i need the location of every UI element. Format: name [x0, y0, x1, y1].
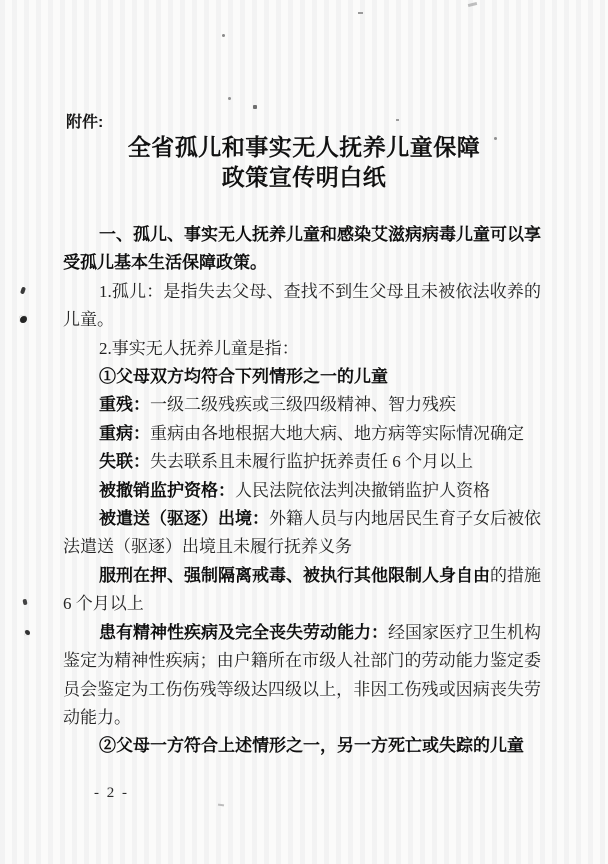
paragraph-text: 人民法院依法判决撤销监护人资格 — [235, 481, 490, 500]
scan-speckle — [358, 12, 363, 14]
paragraph-policy-intro: 一、孤儿、事实无人抚养儿童和感染艾滋病病毒儿童可以享受孤儿基本生活保障政策。 — [63, 221, 541, 278]
scan-speckle — [218, 804, 224, 807]
paragraph-lead: 重残： — [99, 395, 150, 414]
scan-speckle — [396, 119, 399, 121]
paragraph-lead: 失联： — [99, 452, 150, 471]
paragraph-text: 1.孤儿：是指失去父母、查找不到生父母且未被依法收养的儿童。 — [63, 282, 541, 329]
scan-speckle — [24, 630, 30, 636]
paragraph-lead: 被撤销监护资格： — [99, 481, 235, 500]
paragraph-lead: 服刑在押、强制隔离戒毒、被执行其他限制人身自由 — [99, 566, 490, 585]
title-line-2: 政策宣传明白纸 — [0, 163, 608, 193]
paragraph-imprisoned: 服刑在押、强制隔离戒毒、被执行其他限制人身自由的措施 6 个月以上 — [63, 562, 541, 619]
paragraph-guardianship-revoked: 被撤销监护资格：人民法院依法判决撤销监护人资格 — [63, 477, 541, 505]
paragraph-mental-illness: 患有精神性疾病及完全丧失劳动能力：经国家医疗卫生机构鉴定为精神性疾病；由户籍所在… — [63, 619, 541, 733]
paragraph-text: 失去联系且未履行监护抚养责任 6 个月以上 — [150, 452, 473, 471]
paragraph-lead: 一、孤儿、事实无人抚养儿童和感染艾滋病病毒儿童可以享受孤儿基本生活保障政策。 — [63, 225, 541, 272]
scanned-document-page: 附件: 全省孤儿和事实无人抚养儿童保障 政策宣传明白纸 一、孤儿、事实无人抚养儿… — [0, 0, 608, 864]
title-line-1: 全省孤儿和事实无人抚养儿童保障 — [0, 133, 608, 163]
page-number: - 2 - — [94, 785, 129, 802]
scan-speckle — [468, 2, 477, 7]
paragraph-text: 2.事实无人抚养儿童是指： — [99, 339, 299, 358]
paragraph-deported: 被遣送（驱逐）出境：外籍人员与内地居民生育子女后被依法遣送（驱逐）出境且未履行抚… — [63, 505, 541, 562]
scan-speckle — [20, 287, 26, 295]
document-body: 一、孤儿、事实无人抚养儿童和感染艾滋病病毒儿童可以享受孤儿基本生活保障政策。 1… — [63, 221, 541, 761]
scan-speckle — [22, 599, 27, 606]
paragraph-lead: 被遣送（驱逐）出境： — [99, 509, 269, 528]
paragraph-case-both-parents: ①父母双方均符合下列情形之一的儿童 — [63, 363, 541, 391]
paragraph-case-one-parent: ②父母一方符合上述情形之一，另一方死亡或失踪的儿童 — [63, 732, 541, 760]
paragraph-severe-disability: 重残：一级二级残疾或三级四级精神、智力残疾 — [63, 391, 541, 419]
paragraph-text: 重病由各地根据大地大病、地方病等实际情况确定 — [150, 424, 524, 443]
attachment-label: 附件: — [66, 109, 103, 132]
scan-speckle — [222, 34, 225, 37]
paragraph-text: 一级二级残疾或三级四级精神、智力残疾 — [150, 395, 456, 414]
scan-speckle — [19, 315, 27, 323]
paragraph-severe-illness: 重病：重病由各地根据大地大病、地方病等实际情况确定 — [63, 420, 541, 448]
paragraph-lead: 患有精神性疾病及完全丧失劳动能力： — [99, 623, 388, 642]
document-title: 全省孤儿和事实无人抚养儿童保障 政策宣传明白纸 — [0, 133, 608, 193]
paragraph-lead: 重病： — [99, 424, 150, 443]
paragraph-lost-contact: 失联：失去联系且未履行监护抚养责任 6 个月以上 — [63, 448, 541, 476]
scan-speckle — [228, 97, 231, 100]
paragraph-defacto-definition: 2.事实无人抚养儿童是指： — [63, 335, 541, 363]
paragraph-lead: ②父母一方符合上述情形之一，另一方死亡或失踪的儿童 — [99, 736, 524, 755]
paragraph-lead: ①父母双方均符合下列情形之一的儿童 — [99, 367, 388, 386]
scan-speckle — [253, 105, 257, 109]
paragraph-orphan-definition: 1.孤儿：是指失去父母、查找不到生父母且未被依法收养的儿童。 — [63, 278, 541, 335]
